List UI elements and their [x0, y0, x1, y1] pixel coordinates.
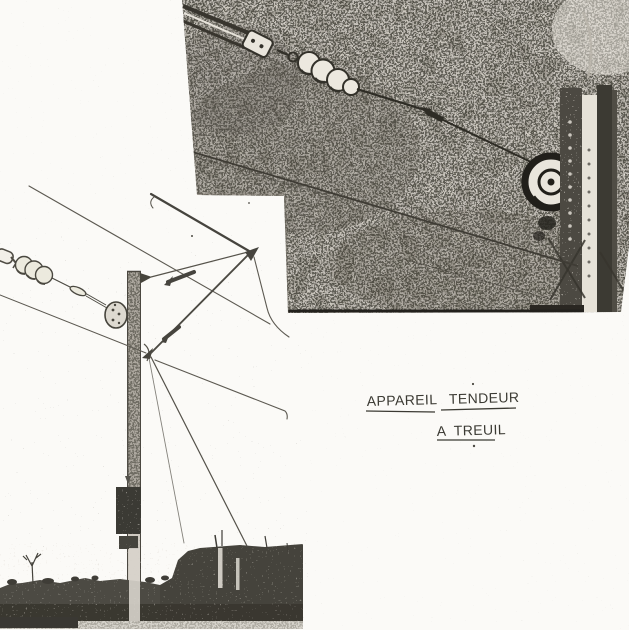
scanned-page: APPAREIL TENDEUR A TREUIL: [0, 0, 629, 630]
ground: [0, 530, 303, 629]
anchor-pole-photo: [0, 235, 308, 629]
page-graphics: [0, 0, 629, 630]
pole-winch-drum: [105, 302, 127, 328]
counterweight: [116, 487, 141, 549]
pole-lower: [129, 548, 140, 621]
caption-subtitle: A TREUIL: [437, 421, 507, 439]
